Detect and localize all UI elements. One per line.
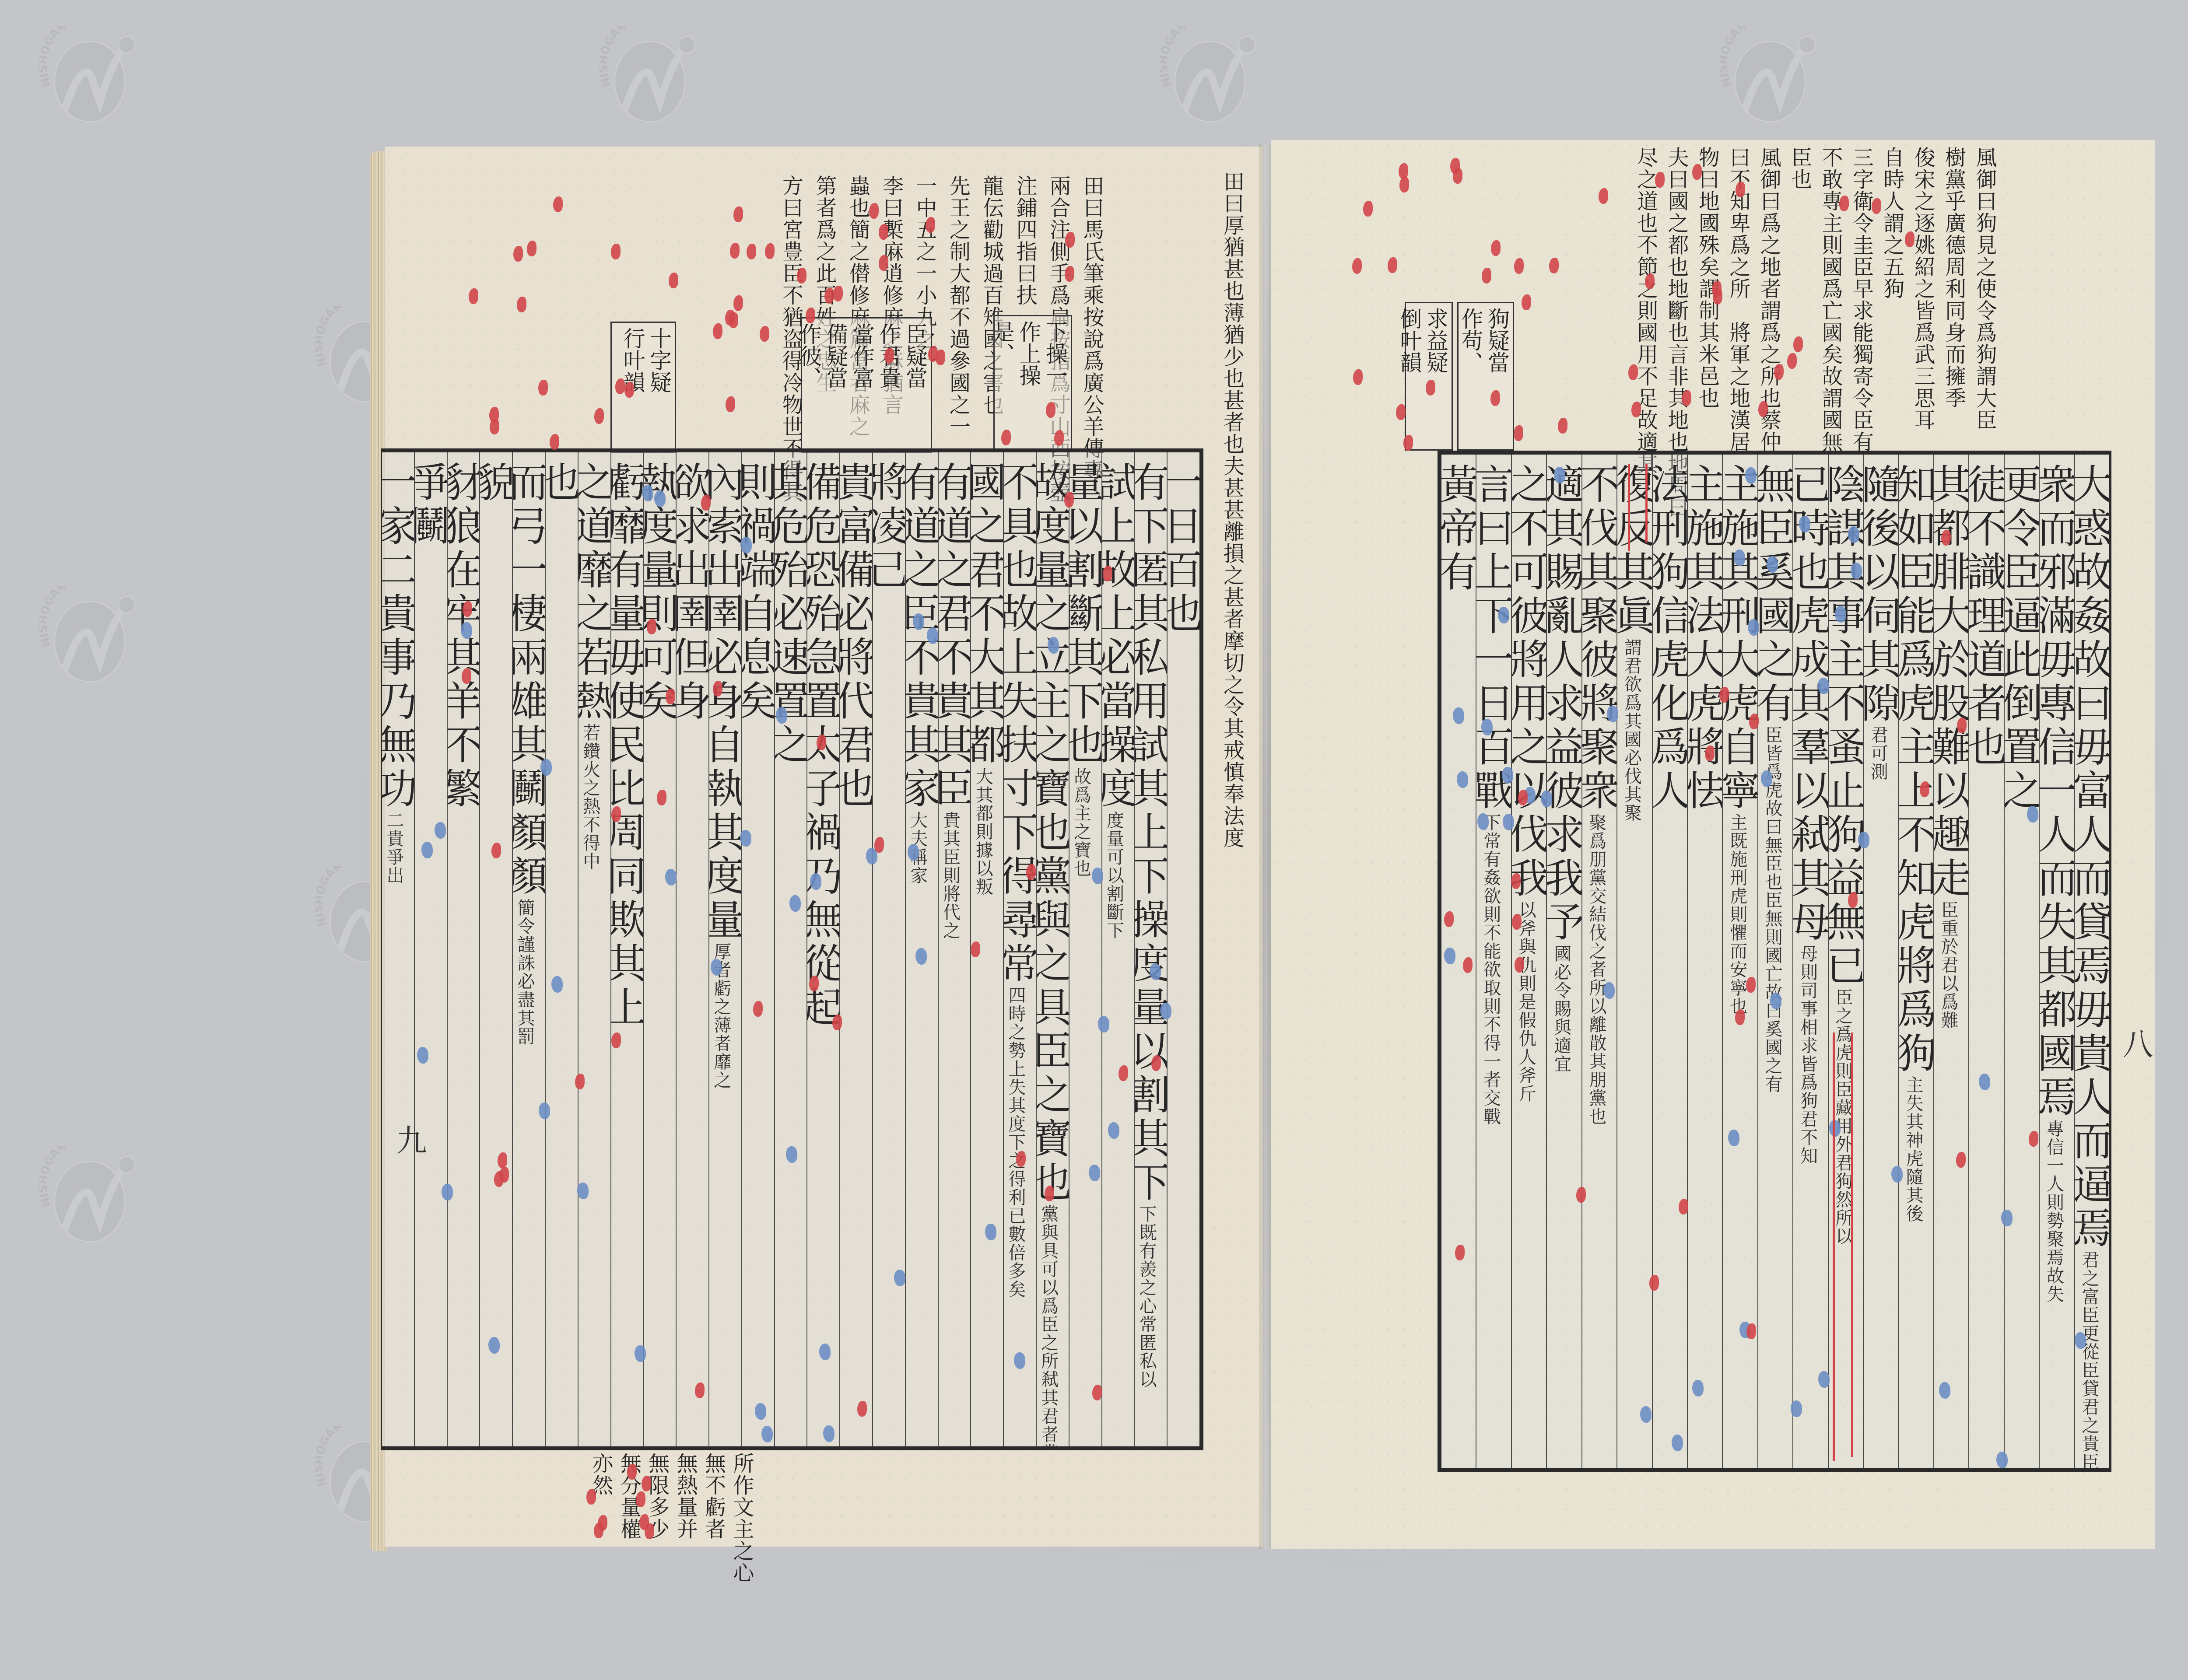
red-annotation-mark — [879, 224, 888, 240]
text-column: 貌 — [479, 452, 512, 1446]
red-annotation-mark — [1151, 1055, 1161, 1071]
text-column: 有下匿其私用試其上下操度量以割其下下既有羨之心常匿私以 — [1134, 452, 1167, 1446]
red-annotation-mark — [1522, 294, 1531, 310]
blue-annotation-mark — [1603, 982, 1615, 999]
red-annotation-mark — [1679, 1199, 1688, 1214]
column-main-text: 之道靡之若熱 — [578, 461, 610, 724]
column-main-text: 之不可彼將用之以伐我 — [1511, 463, 1546, 901]
red-underline-mark — [1645, 464, 1648, 542]
red-annotation-mark — [926, 217, 935, 233]
column-commentary: 國必令賜與適宜 — [1551, 945, 1571, 1073]
red-annotation-mark — [491, 843, 501, 858]
column-commentary: 謂君欲爲其國必伐其聚 — [1622, 638, 1642, 822]
red-annotation-mark — [879, 255, 888, 271]
red-annotation-mark — [1848, 892, 1858, 908]
column-main-text: 主施其刑大虎自寧 — [1722, 463, 1757, 813]
blue-annotation-mark — [1098, 1016, 1109, 1032]
red-annotation-mark — [669, 273, 678, 288]
red-annotation-mark — [824, 288, 834, 304]
blue-annotation-mark — [1607, 706, 1618, 722]
red-annotation-mark — [701, 495, 711, 511]
blue-annotation-mark — [1150, 963, 1161, 980]
text-column: 大惑故姦故曰毋富人而貸焉毋貴人而逼焉君之富臣更從臣貸君之貴臣 — [2074, 455, 2109, 1468]
text-column: 將凌己 — [872, 452, 905, 1446]
left-page-marker: 九 — [387, 1124, 431, 1155]
red-annotation-mark — [1065, 232, 1075, 248]
text-column: 而弓一棲兩雄其鬭顏顏簡令謹誅必盡其罰 — [512, 452, 545, 1446]
blue-annotation-mark — [1851, 563, 1862, 579]
red-annotation-mark — [1599, 188, 1608, 204]
column-commentary: 聚爲朋黨交結伐之者所以離散其朋黨也 — [1586, 813, 1606, 1126]
blue-annotation-mark — [1640, 1406, 1652, 1423]
blue-annotation-mark — [776, 707, 787, 724]
text-column: 一日百也 — [1167, 452, 1199, 1446]
left-page-columns: 一日百也有下匿其私用試其上下操度量以割其下下既有羨之心常匿私以試上故上必當操度度… — [382, 452, 1199, 1446]
column-main-text: 試上故上必當操度 — [1101, 461, 1134, 811]
blue-annotation-mark — [789, 895, 801, 912]
margin-box-line: 作上操 — [1017, 321, 1040, 445]
text-column: 無臣奚國之有臣皆爲虎故曰無臣也臣無則國亡故曰奚國之有 — [1757, 455, 1792, 1468]
red-annotation-mark — [1787, 353, 1797, 369]
red-annotation-mark — [817, 735, 826, 750]
blue-annotation-mark — [442, 1184, 453, 1200]
red-annotation-mark — [490, 419, 499, 434]
nishogakusha-logo-icon: NISHOGAKUSHA — [600, 26, 700, 127]
text-column: 一家二貴事乃無功二貴爭出 — [382, 452, 414, 1446]
column-commentary: 以斧與仇則是假仇人斧斤 — [1516, 901, 1536, 1103]
red-annotation-mark — [797, 268, 806, 283]
blue-annotation-mark — [654, 490, 666, 507]
red-annotation-mark — [1872, 198, 1881, 214]
red-annotation-mark — [1450, 158, 1460, 174]
nishogakusha-logo-icon: NISHOGAKUSHA — [39, 26, 140, 127]
red-annotation-mark — [586, 1489, 596, 1505]
blue-annotation-mark — [2027, 806, 2038, 822]
red-annotation-mark — [1092, 1385, 1102, 1400]
column-main-text: 知如臣能爲虎主上不知虎將爲狗 — [1898, 463, 1933, 1076]
red-annotation-mark — [553, 196, 563, 212]
red-annotation-mark — [1103, 566, 1112, 581]
column-main-text: 也 — [545, 461, 578, 505]
red-annotation-mark — [1905, 231, 1914, 247]
red-annotation-mark — [1353, 369, 1363, 385]
column-commentary: 母則司事相求皆爲狗君不知 — [1798, 945, 1818, 1165]
red-annotation-mark — [874, 837, 884, 853]
red-annotation-mark — [1512, 914, 1522, 930]
text-column: 知如臣能爲虎主上不知虎將爲狗主失其神虎隨其後 — [1898, 455, 1933, 1468]
column-main-text: 更令臣逼此倒置之 — [2004, 463, 2039, 813]
blue-annotation-mark — [635, 1345, 646, 1362]
blue-annotation-mark — [1457, 771, 1468, 788]
margin-box-line: 是、 — [991, 321, 1014, 445]
column-main-text: 適其賜亂人求益彼求我予 — [1546, 463, 1581, 945]
blue-annotation-mark — [1014, 1352, 1025, 1369]
blue-annotation-mark — [1891, 1166, 1903, 1183]
column-main-text: 則禍端自息矣 — [741, 461, 774, 724]
red-underline-mark — [1833, 1032, 1835, 1461]
text-column: 虧靡有量毋使民比周同欺其上 — [610, 452, 643, 1446]
red-annotation-mark — [1046, 402, 1055, 418]
red-annotation-mark — [513, 246, 523, 262]
red-annotation-mark — [1645, 273, 1655, 289]
red-annotation-mark — [1352, 258, 1362, 274]
red-annotation-mark — [733, 295, 743, 311]
blue-annotation-mark — [908, 844, 919, 861]
blue-annotation-mark — [1939, 1382, 1950, 1399]
red-annotation-mark — [1649, 1275, 1659, 1291]
blue-annotation-mark — [2001, 1210, 2013, 1226]
red-annotation-mark — [498, 1152, 507, 1168]
red-annotation-mark — [713, 323, 722, 339]
red-annotation-mark — [1054, 430, 1064, 446]
margin-box-line: 倒叶韻 — [1398, 308, 1421, 445]
blue-annotation-mark — [755, 1403, 766, 1420]
red-annotation-mark — [615, 378, 625, 394]
red-annotation-mark — [1001, 430, 1011, 445]
blue-annotation-mark — [1541, 791, 1552, 807]
red-annotation-mark — [575, 1074, 585, 1089]
text-column: 豺狼在牢其羊不繁 — [447, 452, 480, 1446]
right-margin-box-1: 狗疑當作苟、 — [1457, 302, 1514, 451]
column-commentary: 度量可以割斷下 — [1104, 811, 1124, 940]
red-annotation-mark — [1482, 268, 1491, 283]
red-annotation-mark — [1692, 164, 1702, 180]
blue-annotation-mark — [1848, 526, 1859, 543]
red-annotation-mark — [636, 1491, 645, 1507]
column-commentary: 主既施刑虎則懼而安寧也 — [1727, 813, 1747, 1015]
red-annotation-mark — [1746, 977, 1756, 993]
margin-note: 無熱量并 — [674, 1452, 696, 1584]
margin-box-line: 備疑當 — [824, 323, 847, 447]
red-annotation-mark — [1719, 687, 1729, 703]
blue-annotation-mark — [540, 759, 552, 776]
right-page-marker: 八 — [2114, 1028, 2158, 1059]
column-main-text: 爭鬭 — [414, 461, 447, 549]
red-annotation-mark — [1455, 1245, 1465, 1260]
red-annotation-mark — [1514, 258, 1524, 274]
blue-annotation-mark — [1835, 606, 1846, 623]
margin-box-line: 十字疑 — [648, 327, 671, 447]
text-column: 隨後以伺其隙君可測 — [1863, 455, 1898, 1468]
blue-annotation-mark — [1498, 607, 1509, 623]
red-annotation-mark — [857, 1401, 867, 1417]
column-main-text: 故度量之立主之寶也黨與之具臣之寶也 — [1036, 461, 1069, 1205]
red-annotation-mark — [517, 297, 526, 312]
text-column: 其危殆必速置之 — [774, 452, 807, 1446]
text-column: 量以割斷其下也故爲主之寶也 — [1069, 452, 1101, 1446]
blue-annotation-mark — [786, 1146, 797, 1163]
red-annotation-mark — [832, 1015, 842, 1030]
blue-annotation-mark — [1453, 707, 1464, 724]
red-annotation-mark — [1920, 781, 1929, 797]
nishogakusha-logo-icon: NISHOGAKUSHA — [39, 1146, 140, 1247]
column-main-text: 言曰上下一日百戰 — [1476, 463, 1511, 813]
text-column: 主施其刑大虎自寧主既施刑虎則懼而安寧也 — [1722, 455, 1757, 1468]
blue-annotation-mark — [421, 842, 433, 858]
red-annotation-mark — [1515, 957, 1524, 973]
text-column: 不具也故上失扶寸下得尋常四時之勢上失其度下之得利已數倍多矣 — [1003, 452, 1036, 1446]
red-annotation-mark — [806, 308, 815, 323]
right-page-text-frame: 大惑故姦故曰毋富人而貸焉毋貴人而逼焉君之富臣更從臣貸君之貴臣衆而邪滿毋專信一人而… — [1438, 451, 2111, 1472]
red-annotation-mark — [1363, 201, 1373, 217]
red-annotation-mark — [1793, 336, 1803, 352]
red-annotation-mark — [1736, 182, 1745, 197]
blue-annotation-mark — [1996, 1452, 2008, 1468]
column-commentary: 下既有羨之心常匿私以 — [1136, 1205, 1157, 1389]
text-column: 已時也虎成其羣以弒其母母則司事相求皆爲狗君不知 — [1792, 455, 1827, 1468]
blue-annotation-mark — [740, 830, 751, 847]
red-annotation-mark — [1444, 911, 1454, 927]
column-main-text: 黃帝有 — [1441, 463, 1476, 595]
margin-box-line: 臣疑當 — [904, 323, 927, 447]
red-annotation-mark — [527, 241, 536, 256]
red-annotation-mark — [1558, 418, 1567, 434]
blue-annotation-mark — [1979, 1074, 1990, 1090]
blue-annotation-mark — [1818, 678, 1829, 694]
red-annotation-mark — [594, 1522, 603, 1538]
blue-annotation-mark — [551, 976, 563, 993]
blue-annotation-mark — [1444, 948, 1455, 964]
red-annotation-mark — [499, 1167, 509, 1183]
red-annotation-mark — [1628, 364, 1638, 380]
red-annotation-mark — [1713, 289, 1722, 304]
red-underline-mark — [1628, 464, 1630, 551]
red-annotation-mark — [733, 206, 743, 222]
red-annotation-mark — [666, 689, 675, 704]
blue-annotation-mark — [927, 627, 938, 644]
blue-annotation-mark — [711, 959, 722, 976]
blue-annotation-mark — [1767, 556, 1778, 573]
text-column: 言曰上下一日百戰下常有姦欲則不能欲取則不得一者交戰 — [1476, 455, 1511, 1468]
text-column: 貴富備必將代君也 — [839, 452, 872, 1446]
margin-note: 無不虧者 — [702, 1452, 724, 1584]
red-annotation-mark — [1956, 1152, 1966, 1168]
column-main-text: 無臣奚國之有 — [1757, 463, 1792, 726]
text-column: 徒不識理道者也 — [1968, 455, 2003, 1468]
margin-note: 無限多少 — [646, 1452, 668, 1584]
column-commentary: 二貴爭出 — [384, 811, 404, 885]
blue-annotation-mark — [1108, 1122, 1119, 1139]
blue-annotation-mark — [915, 948, 927, 965]
column-commentary: 黨與具可以爲臣之所弒其君者黨與 — [1038, 1205, 1059, 1446]
red-annotation-mark — [1463, 957, 1473, 973]
text-column: 更令臣逼此倒置之 — [2004, 455, 2039, 1468]
red-annotation-mark — [550, 434, 559, 450]
red-annotation-mark — [1403, 435, 1413, 451]
red-annotation-mark — [1396, 404, 1406, 420]
blue-annotation-mark — [577, 1183, 589, 1199]
red-annotation-mark — [1941, 530, 1951, 546]
column-main-text: 不伐其聚彼將聚衆 — [1581, 463, 1616, 813]
column-main-text: 其都腓大於股難以趣走 — [1933, 463, 1968, 901]
red-annotation-mark — [730, 243, 740, 259]
blue-annotation-mark — [461, 622, 472, 639]
blue-annotation-mark — [1748, 619, 1759, 636]
text-column: 有道之君不貴其臣貴其臣則將代之 — [938, 452, 971, 1446]
column-main-text: 不具也故上失扶寸下得尋常 — [1003, 461, 1036, 986]
blue-annotation-mark — [1092, 868, 1103, 884]
blue-annotation-mark — [1048, 637, 1059, 654]
blue-annotation-mark — [810, 873, 821, 890]
text-column: 復反其眞謂君欲爲其國必伐其聚 — [1616, 455, 1652, 1468]
text-column: 之道靡之若熱若鑽火之熱不得中 — [578, 452, 610, 1446]
red-annotation-mark — [1426, 380, 1435, 395]
column-main-text: 陰謀其事主不蚤止狗益無已 — [1828, 463, 1863, 988]
column-main-text: 已時也虎成其羣以弒其母 — [1792, 463, 1827, 945]
red-annotation-mark — [1388, 257, 1397, 273]
red-annotation-mark — [1119, 1065, 1128, 1081]
margin-box-line: 作彼、 — [798, 323, 821, 447]
red-annotation-mark — [611, 1032, 621, 1048]
blue-annotation-mark — [1554, 467, 1565, 483]
red-annotation-mark — [1749, 714, 1759, 729]
red-annotation-mark — [753, 1001, 763, 1017]
red-annotation-mark — [1045, 1186, 1054, 1201]
left-page-text-frame: 一日百也有下匿其私用試其上下操度量以割其下下既有羨之心常匿私以試上故上必當操度度… — [381, 448, 1203, 1450]
blue-annotation-mark — [1502, 767, 1513, 784]
column-main-text: 隨後以伺其隙 — [1863, 463, 1898, 726]
red-annotation-mark — [1631, 402, 1641, 417]
column-main-text: 徒不識理道者也 — [1968, 463, 2003, 770]
column-commentary: 君可測 — [1868, 726, 1888, 781]
margin-box-line: 狗疑當 — [1486, 308, 1509, 445]
left-page-gutter-note: 田曰厚猶甚也薄猶少也甚者也夫甚甚離損之甚者摩切之令其戒慎奉法度 — [1221, 171, 1243, 849]
red-annotation-mark — [1490, 390, 1500, 406]
column-main-text: 一家二貴事乃無功 — [382, 461, 414, 811]
red-annotation-mark — [1839, 196, 1849, 211]
blue-annotation-mark — [1728, 1130, 1739, 1146]
red-annotation-mark — [884, 348, 894, 364]
red-annotation-mark — [469, 288, 478, 304]
red-annotation-mark — [1682, 390, 1691, 406]
column-main-text: 貌 — [479, 461, 512, 505]
text-column: 則禍端自息矣 — [741, 452, 774, 1446]
column-main-text: 有下匿其私用試其上下操度量以割其下 — [1134, 461, 1167, 1205]
column-commentary: 君之富臣更從臣貸君之貴臣 — [2079, 1251, 2099, 1468]
blue-annotation-mark — [1770, 993, 1781, 1009]
margin-box-line: 求益疑 — [1424, 308, 1448, 445]
red-annotation-mark — [1549, 258, 1559, 273]
blue-annotation-mark — [1761, 770, 1772, 787]
red-annotation-mark — [1774, 364, 1784, 380]
red-annotation-mark — [594, 408, 604, 424]
red-annotation-mark — [2029, 1131, 2038, 1147]
red-annotation-mark — [1399, 177, 1409, 192]
red-annotation-mark — [747, 244, 756, 259]
nishogakusha-logo-icon: NISHOGAKUSHA — [1720, 26, 1820, 127]
column-main-text: 法刑狗信虎化爲人 — [1652, 463, 1687, 813]
red-annotation-mark — [971, 941, 980, 957]
text-column: 法刑狗信虎化爲人 — [1652, 455, 1687, 1468]
blue-annotation-mark — [1818, 1371, 1830, 1388]
text-column: 試上故上必當操度度量可以割斷下 — [1101, 452, 1134, 1446]
right-page-columns: 大惑故姦故曰毋富人而貸焉毋貴人而逼焉君之富臣更從臣貸君之貴臣衆而邪滿毋專信一人而… — [1441, 455, 2109, 1468]
red-annotation-mark — [809, 976, 819, 991]
red-annotation-mark — [869, 203, 879, 219]
blue-annotation-mark — [1477, 813, 1489, 830]
red-annotation-mark — [695, 1382, 705, 1398]
column-commentary: 專信一人則勢聚焉故失 — [2044, 1120, 2064, 1303]
blue-annotation-mark — [1858, 832, 1869, 848]
red-annotation-mark — [765, 243, 775, 259]
column-commentary: 下常有姦欲則不能欲取則不得一者交戰 — [1481, 813, 1501, 1126]
column-commentary: 故爲主之寶也 — [1071, 767, 1091, 878]
blue-annotation-mark — [1734, 549, 1745, 566]
blue-annotation-mark — [1791, 1400, 1802, 1417]
blue-annotation-mark — [1692, 1380, 1704, 1396]
column-main-text: 一日百也 — [1167, 461, 1199, 636]
red-annotation-mark — [1514, 425, 1523, 441]
red-annotation-mark — [463, 601, 472, 617]
column-commentary: 臣之爲虎則臣藏用外君狗然所以 — [1833, 988, 1853, 1246]
red-annotation-mark — [760, 326, 769, 342]
red-annotation-mark — [725, 310, 735, 325]
blue-annotation-mark — [1481, 719, 1493, 735]
red-annotation-mark — [642, 1476, 651, 1491]
red-underline-mark — [1851, 1032, 1853, 1457]
red-annotation-mark — [1016, 1151, 1026, 1167]
column-main-text: 大惑故姦故曰毋富人而貸焉毋貴人而逼焉 — [2074, 463, 2109, 1251]
red-annotation-mark — [624, 382, 634, 398]
red-annotation-mark — [1576, 1187, 1586, 1203]
column-main-text: 主施其法大虎將怯 — [1687, 463, 1722, 813]
left-margin-box-2: 臣疑當作君貴當作富備疑當作彼、 — [801, 317, 932, 453]
text-column: 執度量則可矣 — [643, 452, 676, 1446]
blue-annotation-mark — [819, 1344, 831, 1360]
blue-annotation-mark — [2075, 1332, 2086, 1349]
column-commentary: 主失其神虎隨其後 — [1903, 1076, 1923, 1223]
red-annotation-mark — [1511, 873, 1521, 889]
column-main-text: 貴富備必將代君也 — [839, 461, 872, 811]
margin-note: 所作文主之心 — [731, 1452, 753, 1584]
blue-annotation-mark — [1799, 516, 1810, 532]
column-commentary: 臣重於君以爲難 — [1938, 901, 1958, 1029]
text-column: 備危恐殆急置太子禍乃無從起 — [806, 452, 839, 1446]
red-annotation-mark — [639, 1514, 649, 1530]
text-column: 欲求出圉但身 — [676, 452, 708, 1446]
red-annotation-mark — [1655, 172, 1665, 188]
blue-annotation-mark — [1089, 1165, 1100, 1181]
column-commentary: 大其都則據以叛 — [973, 767, 993, 896]
column-main-text: 虧靡有量毋使民比周同欺其上 — [610, 461, 643, 1030]
text-column: 適其賜亂人求益彼求我予國必令賜與適宜 — [1546, 455, 1581, 1468]
red-annotation-mark — [1064, 492, 1074, 507]
column-main-text: 衆而邪滿毋專信一人而失其都國焉 — [2039, 463, 2074, 1120]
blue-annotation-mark — [642, 485, 653, 501]
margin-box-line: 下操一 — [1044, 321, 1067, 445]
red-annotation-mark — [726, 396, 735, 412]
red-annotation-mark — [1735, 1009, 1745, 1025]
blue-annotation-mark — [761, 1426, 773, 1442]
red-annotation-mark — [1746, 1323, 1756, 1339]
text-column: 衆而邪滿毋專信一人而失其都國焉專信一人則勢聚焉故失 — [2039, 455, 2074, 1468]
column-main-text: 有道之君不貴其臣 — [938, 461, 971, 811]
column-commentary: 若鑽火之熱不得中 — [580, 724, 600, 871]
blue-annotation-mark — [985, 1224, 996, 1240]
blue-annotation-mark — [435, 822, 446, 839]
red-annotation-mark — [647, 619, 656, 634]
column-main-text: 將凌己 — [872, 461, 905, 592]
margin-box-line: 當作富 — [851, 323, 874, 447]
blue-annotation-mark — [1503, 814, 1514, 830]
column-main-text: 而弓一棲兩雄其鬭顏顏 — [512, 461, 545, 899]
text-column: 爭鬭 — [414, 452, 447, 1446]
blue-annotation-mark — [665, 869, 677, 885]
red-annotation-mark — [657, 790, 666, 805]
red-annotation-mark — [1957, 717, 1967, 733]
blue-annotation-mark — [488, 1337, 500, 1354]
blue-annotation-mark — [823, 1425, 835, 1442]
